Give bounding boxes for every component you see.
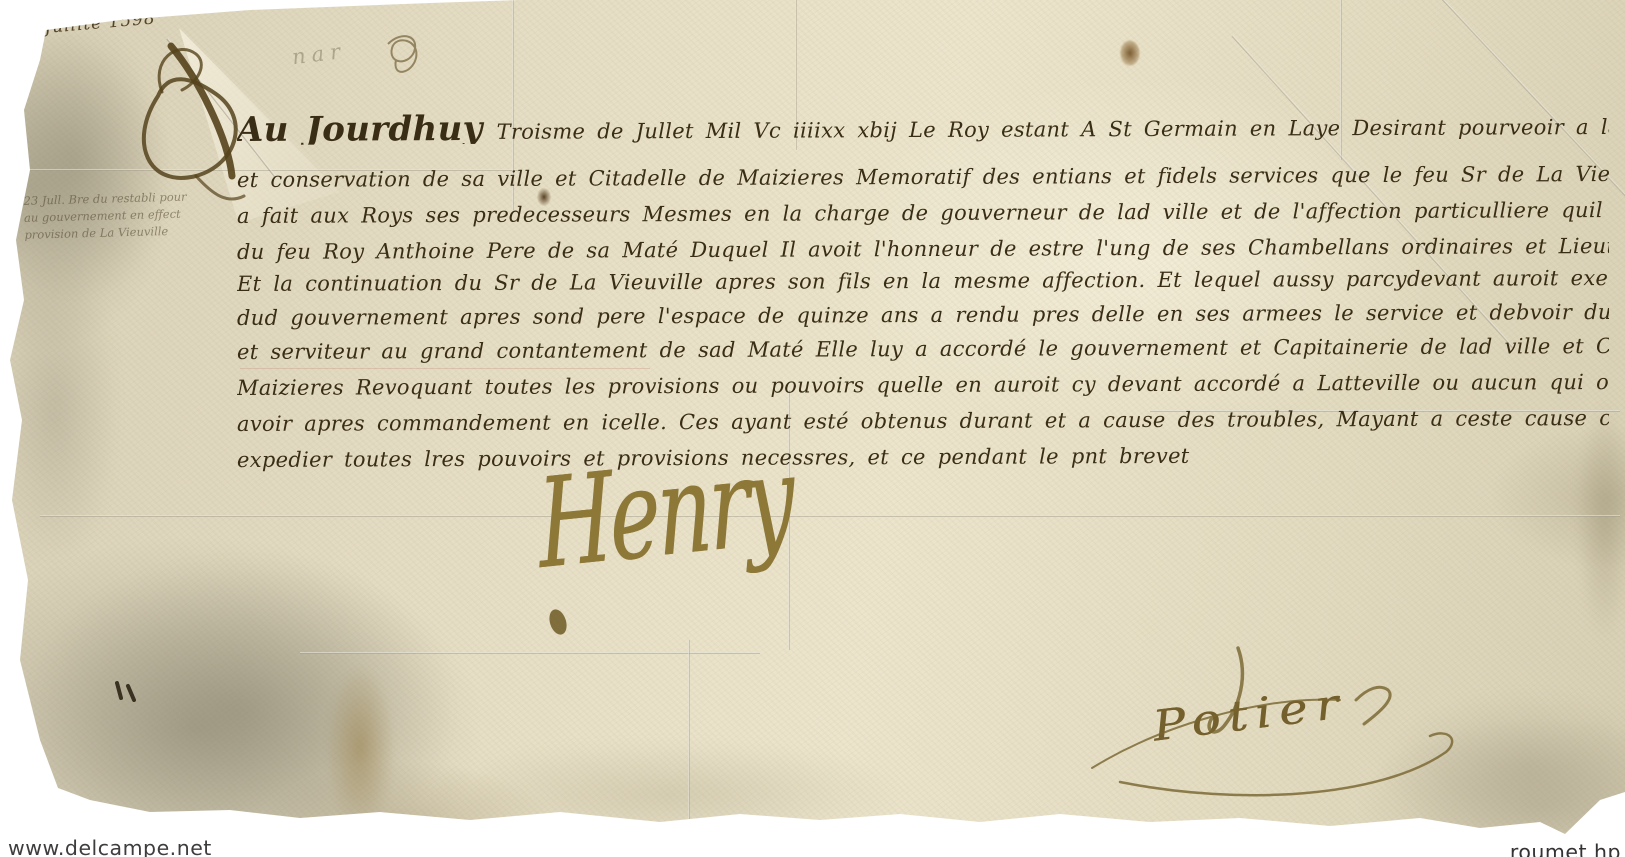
manuscript-line: et conservation de sa ville et Citadelle… [237, 162, 1609, 192]
line-text: dud gouvernement apres sond pere l'espac… [237, 300, 1609, 330]
crease [300, 652, 760, 654]
line-text: avoir apres commandement en icelle. Ces … [237, 406, 1609, 436]
scribble-knot [388, 36, 416, 72]
secretary-signature: Potier [1150, 678, 1349, 750]
stain [0, 20, 170, 300]
margin-note: 23 Jull. Bre du restabli pour au gouvern… [23, 187, 239, 244]
stain [30, 560, 450, 857]
manuscript-line: expedier toutes lres pouvoirs et provisi… [237, 442, 1609, 472]
stain [0, 250, 120, 570]
opening-words: Au Jourdhuy [237, 114, 483, 145]
manuscript-line: dud gouvernement apres sond pere l'espac… [237, 300, 1609, 330]
watermark-roumet: roumet hp [1510, 840, 1621, 857]
faint-line [240, 368, 650, 369]
royal-signature: Henry [535, 426, 795, 596]
manuscript-photo: 3 Jullite 1598 nar 23 Jull. Bre du resta… [0, 0, 1625, 857]
stain [1575, 400, 1625, 640]
watermark-delcampe: www.delcampe.net [8, 836, 212, 857]
ink-stain [1120, 40, 1140, 66]
date-annotation: 3 Jullite 1598 [25, 8, 156, 39]
manuscript-line: avoir apres commandement en icelle. Ces … [237, 406, 1609, 436]
line-text: a fait aux Roys ses predecesseurs Mesmes… [237, 198, 1609, 228]
crease [688, 640, 690, 820]
line-text: Troisme de Jullet Mil Vc iiiixx xbij Le … [497, 115, 1609, 144]
line-text: Et la continuation du Sr de La Vieuville… [237, 266, 1609, 296]
manuscript-line: a fait aux Roys ses predecesseurs Mesmes… [237, 198, 1609, 228]
ink-marks [117, 683, 134, 700]
stain [430, 740, 910, 850]
manuscript-line: Et la continuation du Sr de La Vieuville… [237, 266, 1609, 296]
stain [325, 665, 395, 830]
manuscript-line: Au Jourdhuy Troisme de Jullet Mil Vc iii… [237, 109, 1609, 145]
stain [1380, 690, 1625, 850]
line-text: et conservation de sa ville et Citadelle… [237, 162, 1609, 192]
line-text: et serviteur au grand contantement de sa… [237, 334, 1609, 364]
crease [40, 515, 1620, 517]
manuscript-line: du feu Roy Anthoine Pere de sa Maté Duqu… [237, 234, 1609, 264]
manuscript-line: Maizieres Revoquant toutes les provision… [237, 370, 1609, 400]
signature-ink-blob [546, 607, 569, 637]
manuscript-line: et serviteur au grand contantement de sa… [237, 334, 1609, 364]
line-text: du feu Roy Anthoine Pere de sa Maté Duqu… [237, 234, 1609, 264]
parchment-sheet: 3 Jullite 1598 nar 23 Jull. Bre du resta… [0, 0, 1625, 857]
line-text: Maizieres Revoquant toutes les provision… [237, 370, 1609, 400]
pencil-note: nar [291, 39, 348, 69]
